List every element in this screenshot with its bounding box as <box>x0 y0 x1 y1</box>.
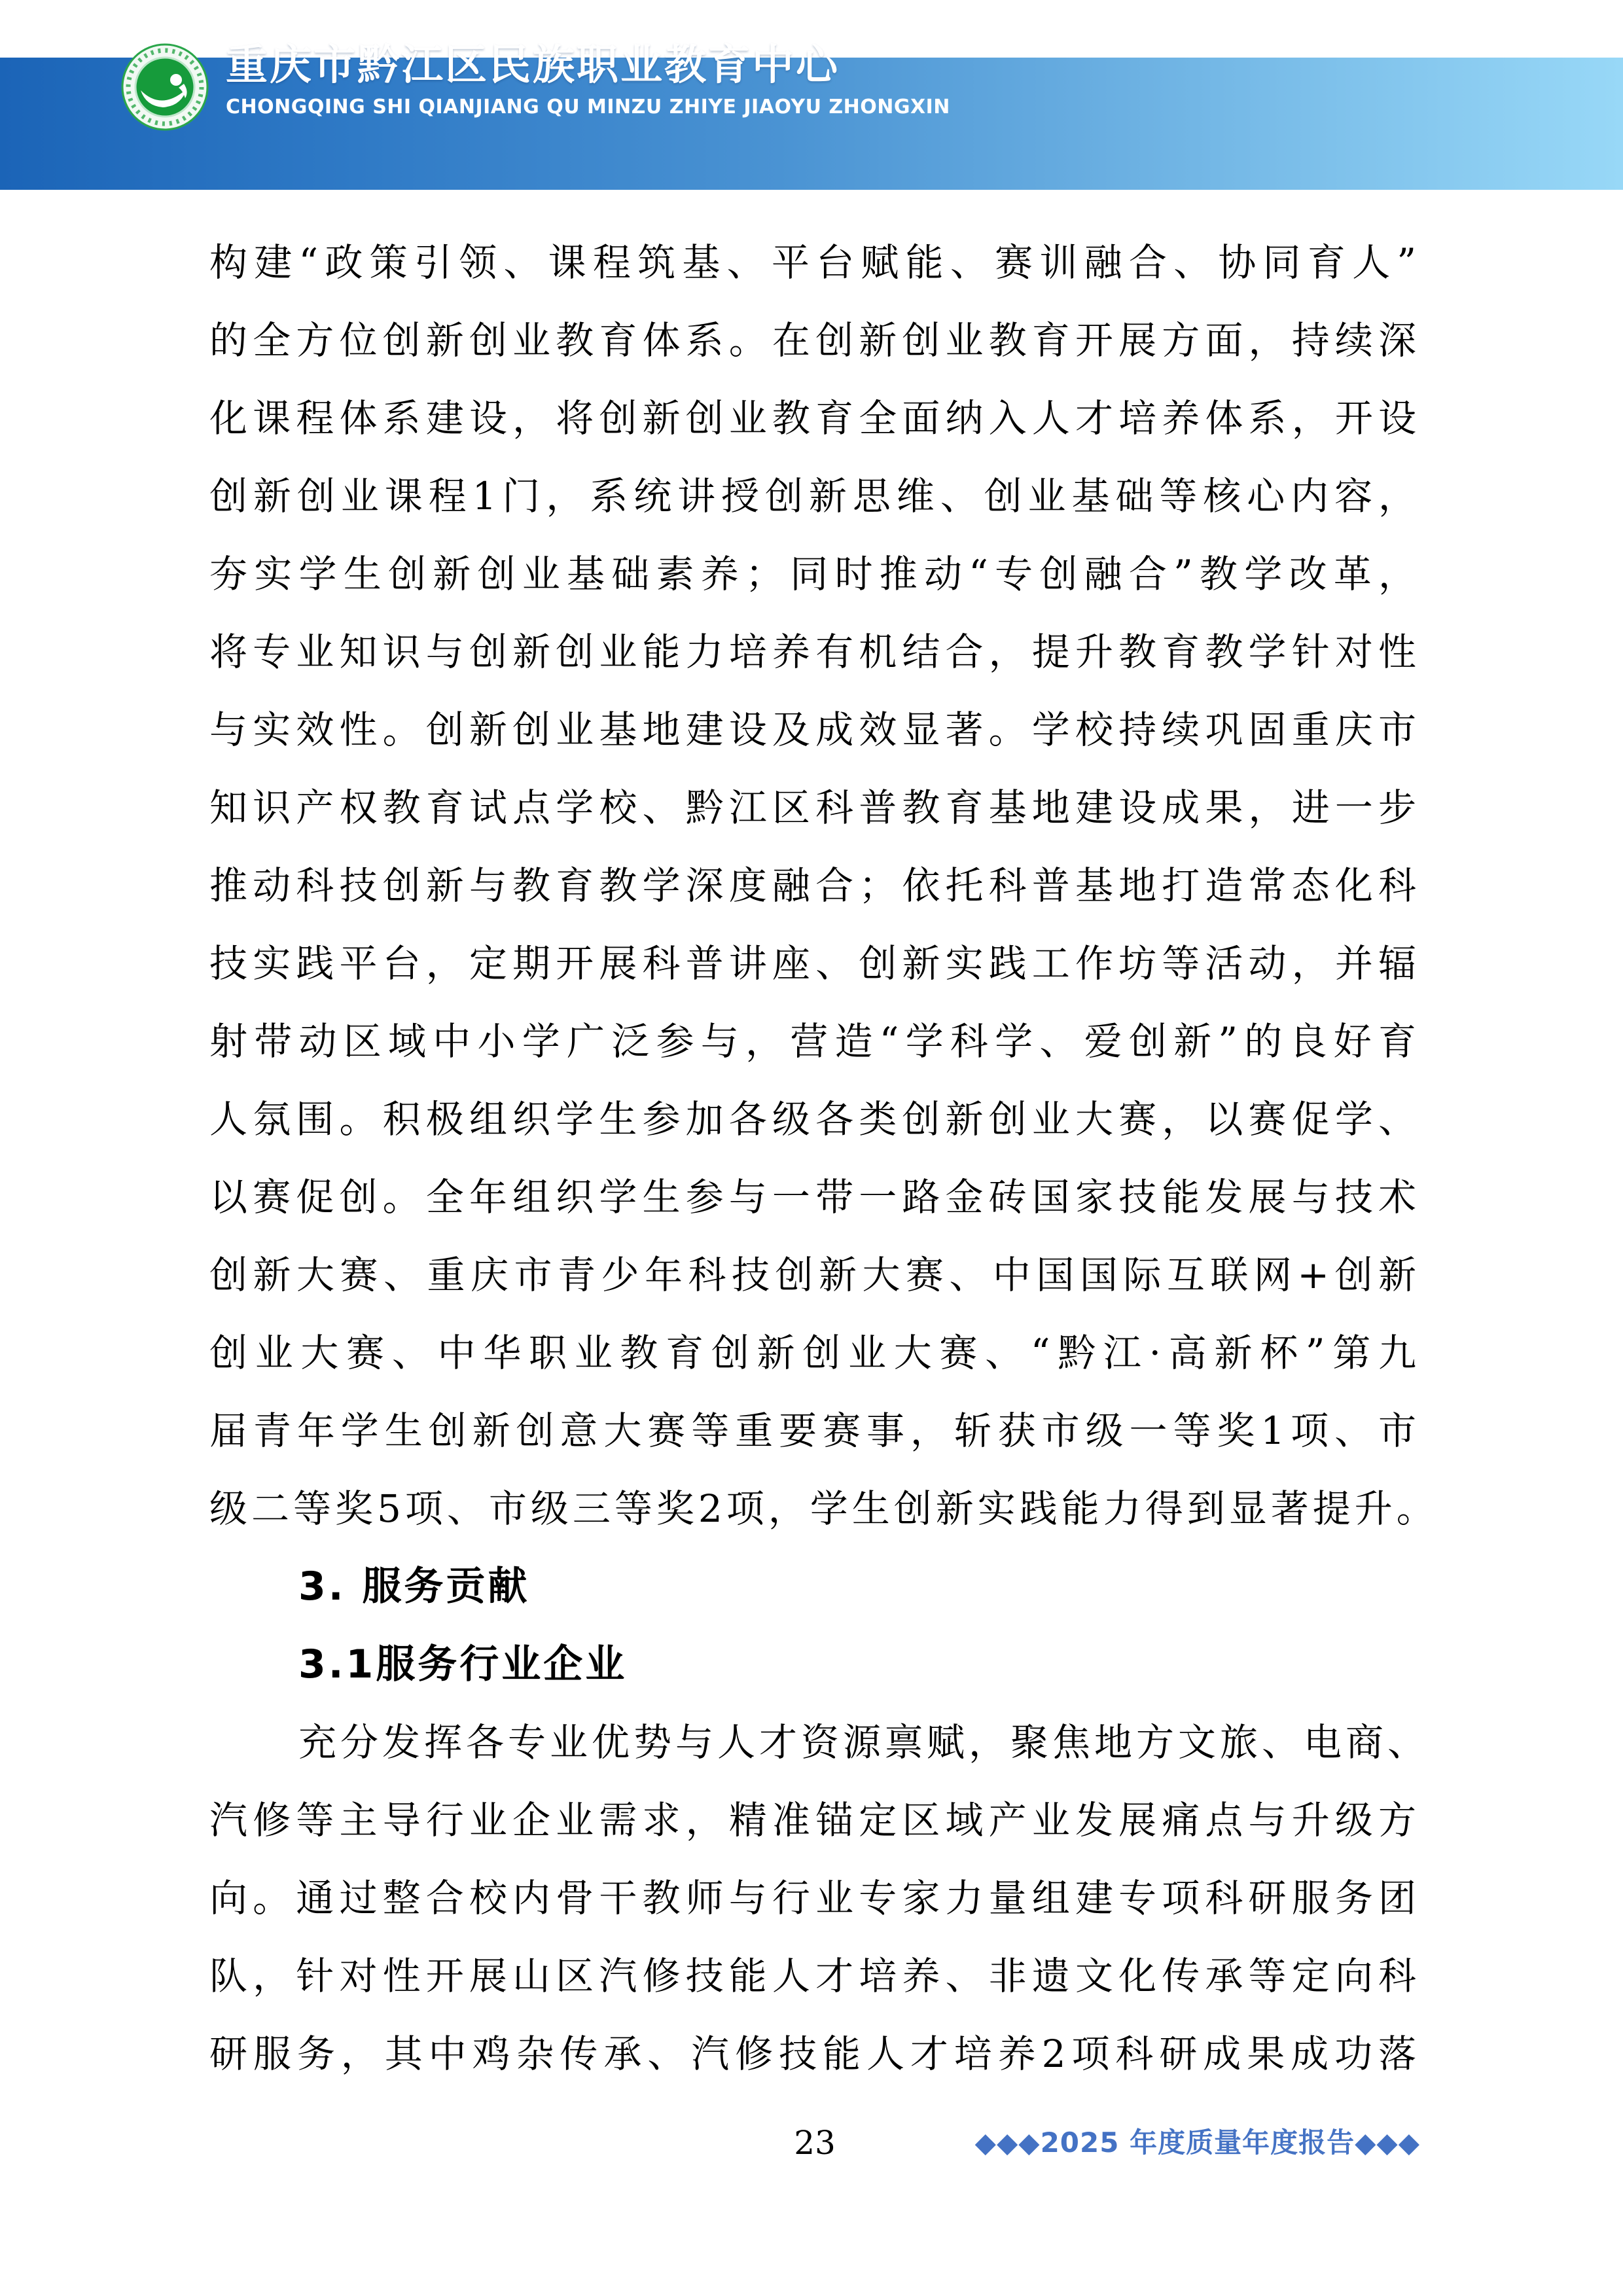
section-heading-3: 3. 服务贡献 <box>209 1548 1420 1626</box>
text-line: 与实效性。创新创业基地建设及成效显著。学校持续巩固重庆市 <box>209 691 1420 769</box>
text-line: 推动科技创新与教育教学深度融合；依托科普基地打造常态化科 <box>209 847 1420 925</box>
text-line: 向。通过整合校内骨干教师与行业专家力量组建专项科研服务团 <box>209 1859 1420 1937</box>
page-footer: 23 ◆◆◆2025 年度质量年度报告◆◆◆ <box>209 2119 1420 2166</box>
text-line: 创新大赛、重庆市青少年科技创新大赛、中国国际互联网+创新 <box>209 1236 1420 1314</box>
text-line: 知识产权教育试点学校、黔江区科普教育基地建设成果，进一步 <box>209 769 1420 847</box>
school-name-pinyin: CHONGQING SHI QIANJIANG QU MINZU ZHIYE J… <box>226 93 950 122</box>
text-line: 以赛促创。全年组织学生参与一带一路金砖国家技能发展与技术 <box>209 1158 1420 1236</box>
text-line: 充分发挥各专业优势与人才资源禀赋，聚焦地方文旅、电商、 <box>209 1704 1420 1782</box>
paragraph-industry-service: 充分发挥各专业优势与人才资源禀赋，聚焦地方文旅、电商、汽修等主导行业企业需求，精… <box>209 1704 1420 2093</box>
text-line: 级二等奖5项、市级三等奖2项，学生创新实践能力得到显著提升。 <box>209 1470 1420 1548</box>
school-logo-icon <box>121 43 209 131</box>
report-title-label: ◆◆◆2025 年度质量年度报告◆◆◆ <box>975 2119 1420 2166</box>
text-line: 的全方位创新创业教育体系。在创新创业教育开展方面，持续深 <box>209 302 1420 380</box>
text-line: 技实践平台，定期开展科普讲座、创新实践工作坊等活动，并辐 <box>209 925 1420 1003</box>
document-page: 重庆市黔江区民族职业教育中心 CHONGQING SHI QIANJIANG Q… <box>0 0 1623 2296</box>
paragraph-innovation-education: 构建“政策引领、课程筑基、平台赋能、赛训融合、协同育人”的全方位创新创业教育体系… <box>209 224 1420 1548</box>
text-line: 化课程体系建设，将创新创业教育全面纳入人才培养体系，开设 <box>209 380 1420 457</box>
page-body: 构建“政策引领、课程筑基、平台赋能、赛训融合、协同育人”的全方位创新创业教育体系… <box>209 224 1420 2093</box>
text-line: 创新创业课程1门，系统讲授创新思维、创业基础等核心内容， <box>209 457 1420 535</box>
text-line: 队，针对性开展山区汽修技能人才培养、非遗文化传承等定向科 <box>209 1937 1420 2015</box>
text-line: 届青年学生创新创意大赛等重要赛事，斩获市级一等奖1项、市 <box>209 1392 1420 1470</box>
text-line: 构建“政策引领、课程筑基、平台赋能、赛训融合、协同育人” <box>209 224 1420 302</box>
section-heading-3-1: 3.1服务行业企业 <box>209 1626 1420 1704</box>
text-line: 夯实学生创新创业基础素养；同时推动“专创融合”教学改革， <box>209 535 1420 613</box>
text-line: 射带动区域中小学广泛参与，营造“学科学、爱创新”的良好育 <box>209 1003 1420 1081</box>
text-line: 人氛围。积极组织学生参加各级各类创新创业大赛，以赛促学、 <box>209 1081 1420 1158</box>
school-name: 重庆市黔江区民族职业教育中心 <box>226 38 950 93</box>
header-title-block: 重庆市黔江区民族职业教育中心 CHONGQING SHI QIANJIANG Q… <box>226 38 950 122</box>
text-line: 研服务，其中鸡杂传承、汽修技能人才培养2项科研成果成功落 <box>209 2015 1420 2093</box>
text-line: 将专业知识与创新创业能力培养有机结合，提升教育教学针对性 <box>209 613 1420 691</box>
header-band: 重庆市黔江区民族职业教育中心 CHONGQING SHI QIANJIANG Q… <box>0 58 1623 190</box>
text-line: 汽修等主导行业企业需求，精准锚定区域产业发展痛点与升级方 <box>209 1782 1420 1859</box>
text-line: 创业大赛、中华职业教育创新创业大赛、“黔江·高新杯”第九 <box>209 1314 1420 1392</box>
